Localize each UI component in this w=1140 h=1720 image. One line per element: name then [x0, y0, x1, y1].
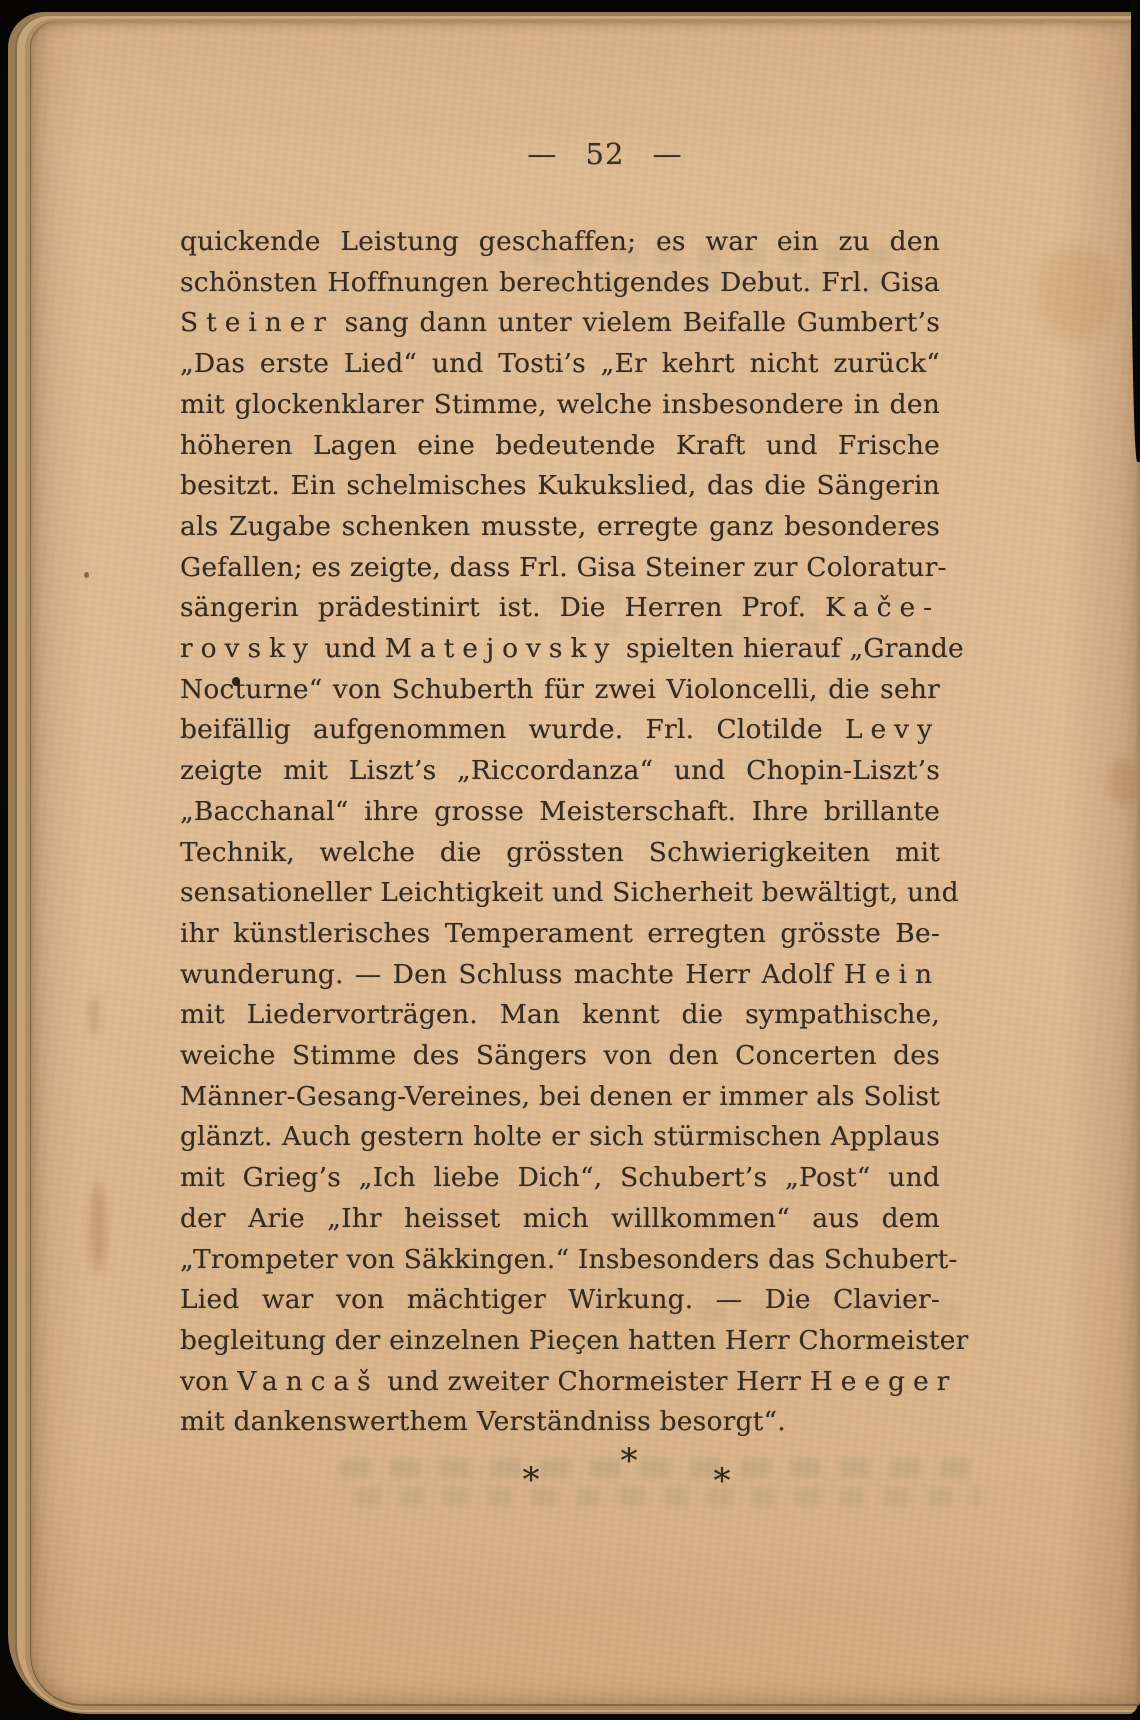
text-line: mit dankenswerthem Verständniss besorgt“…: [180, 1402, 940, 1443]
letter-spaced-name: Steiner: [180, 307, 334, 338]
text-line: Gefallen; es zeigte, dass Frl. Gisa Stei…: [180, 548, 940, 589]
text-line: von Vancaš und zweiter Chormeister Herr …: [180, 1362, 940, 1403]
text-line: Lied war von mächtiger Wirkung. — Die Cl…: [180, 1280, 940, 1321]
text-line: sängerin prädestinirt ist. Die Herren Pr…: [180, 588, 940, 629]
text-line: schönsten Hoffnungen berechtigendes Debu…: [180, 263, 940, 304]
text-line: wunderung. — Den Schluss machte Herr Ado…: [180, 955, 940, 996]
letter-spaced-name: Vancaš: [237, 1366, 379, 1397]
letter-spaced-name: Hein: [844, 959, 940, 990]
text-line: begleitung der einzelnen Pieçen hatten H…: [180, 1321, 940, 1362]
text-line: zeigte mit Liszt’s „Riccordanza“ und Cho…: [180, 751, 940, 792]
text-line: Männer-Gesang-Vereines, bei denen er imm…: [180, 1077, 940, 1118]
book-page: — 52 — quickende Leistung geschaffen; es…: [30, 21, 1140, 1706]
text-line: als Zugabe schenken musste, erregte ganz…: [180, 507, 940, 548]
paper-stain: [1038, 245, 1116, 341]
text-line: Technik, welche die grössten Schwierigke…: [180, 833, 940, 874]
letter-spaced-name: rovsky: [180, 633, 316, 664]
text-line: besitzt. Ein schelmisches Kukukslied, da…: [180, 466, 940, 507]
text-line: Steiner sang dann unter vielem Beifalle …: [180, 303, 940, 344]
text-line: mit glockenklarer Stimme, welche insbeso…: [180, 385, 940, 426]
asterisk-divider: *: [714, 1461, 731, 1501]
asterisk-divider: *: [621, 1441, 638, 1481]
text-line: höheren Lagen eine bedeutende Kraft und …: [180, 426, 940, 467]
letter-spaced-name: Kače-: [825, 592, 940, 623]
text-line: sensationeller Leichtigkeit und Sicherhe…: [180, 873, 940, 914]
text-line: „Bacchanal“ ihre grosse Meisterschaft. I…: [180, 792, 940, 833]
text-line: beifällig aufgenommen wurde. Frl. Clotil…: [180, 710, 940, 751]
text-line: ihr künstlerisches Temperament erregten …: [180, 914, 940, 955]
ink-speck: [84, 572, 89, 578]
text-line: mit Liedervorträgen. Man kennt die sympa…: [180, 995, 940, 1036]
paper-stain: [1108, 759, 1138, 805]
letter-spaced-name: Matejovsky: [385, 633, 618, 664]
text-line: mit Grieg’s „Ich liebe Dich“, Schubert’s…: [180, 1158, 940, 1199]
asterisk-divider: *: [523, 1460, 540, 1500]
letter-spaced-name: Heeger: [810, 1366, 958, 1397]
text-line: „Trompeter von Säkkingen.“ Insbesonders …: [180, 1240, 940, 1281]
verso-bleed-through: [330, 1451, 980, 1515]
text-line: weiche Stimme des Sängers von den Concer…: [180, 1036, 940, 1077]
text-line: „Das erste Lied“ und Tosti’s „Er kehrt n…: [180, 344, 940, 385]
text-line: der Arie „Ihr heisset mich willkommen“ a…: [180, 1199, 940, 1240]
scanner-background: — 52 — quickende Leistung geschaffen; es…: [0, 0, 1140, 1720]
paper-stain: [88, 996, 100, 1036]
text-line: glänzt. Auch gestern holte er sich stürm…: [180, 1117, 940, 1158]
letter-spaced-name: Levy: [845, 714, 940, 745]
page-text: quickende Leistung geschaffen; es war ei…: [180, 222, 940, 1443]
text-line: quickende Leistung geschaffen; es war ei…: [180, 222, 940, 263]
text-line: Nocturne“ von Schuberth für zwei Violonc…: [180, 670, 940, 711]
page-number-header: — 52 —: [30, 137, 1140, 171]
paper-stain: [90, 1181, 106, 1273]
text-line: rovsky und Matejovsky spielten hierauf „…: [180, 629, 940, 670]
